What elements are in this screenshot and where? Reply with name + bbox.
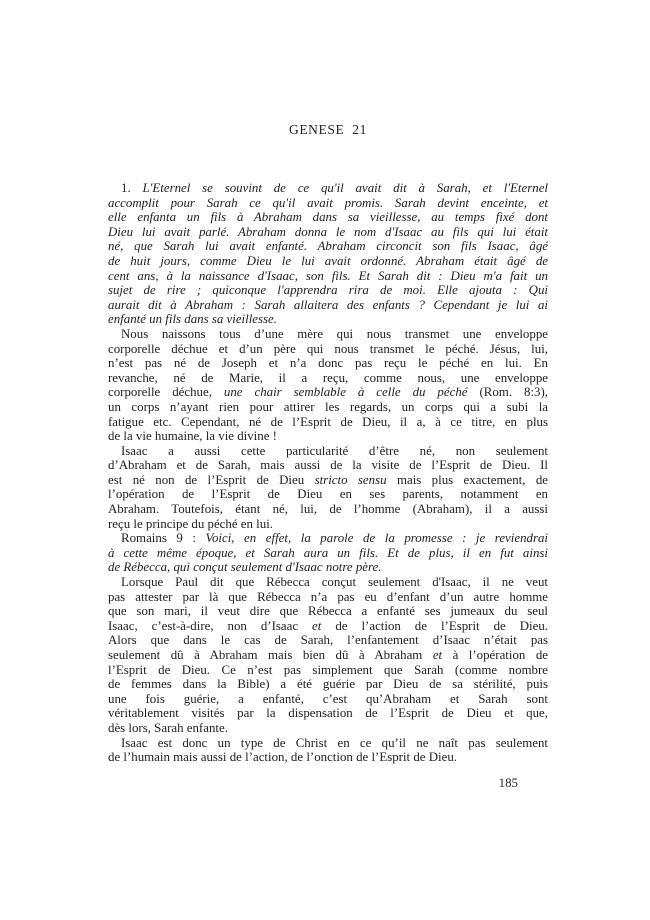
text-run: véritablement visités par la dispensatio… (108, 706, 548, 720)
italic-text-run: et (312, 619, 321, 633)
text-line: fatigue etc. Cependant, né de l’Esprit d… (108, 415, 548, 430)
italic-text-run: Voici, en effet, la parole de la promess… (206, 531, 548, 545)
italic-text-run: né, que Sarah lui avait enfanté. Abraham… (108, 239, 548, 253)
text-line: d’Abraham et de Sarah, mais aussi de la … (108, 458, 548, 473)
italic-text-run: enfanté un fils dans sa vieillesse. (108, 312, 277, 326)
text-run: corporelle déchue et d’un père qui nous … (108, 342, 548, 356)
text-line: de l’humain mais aussi de l’action, de l… (108, 750, 548, 765)
text-body: 1. L'Eternel se souvint de ce qu'il avai… (108, 181, 548, 765)
text-line: Alors que dans le cas de Sarah, l’enfant… (108, 633, 548, 648)
italic-text-run: et (433, 648, 442, 662)
text-run: corporelle déchue, (108, 385, 224, 399)
text-line: dès lors, Sarah enfante. (108, 721, 548, 736)
text-run: à l’opération de (442, 648, 548, 662)
text-run: que son mari, il veut dire que Rébecca a… (108, 604, 548, 618)
text-line: seulement dû à Abraham mais bien dû à Ab… (108, 648, 548, 663)
text-line: Isaac, c’est-à-dire, non d’Isaac et de l… (108, 619, 548, 634)
text-run: Romains 9 : (121, 531, 206, 545)
text-run: Nous naissons tous d’une mère qui nous t… (121, 327, 548, 341)
italic-text-run: elle enfanta un fils à Abraham dans sa v… (108, 210, 548, 224)
italic-text-run: L'Eternel se souvint de ce qu'il avait d… (142, 181, 548, 195)
text-run: pas attester par là que Rébecca n’a pas … (108, 590, 548, 604)
text-run: reçu le principe du péché en lui. (108, 517, 273, 531)
text-run: revanche, né de Marie, il a reçu, comme … (108, 371, 548, 385)
italic-text-run: cent ans, à la naissance d'Isaac, son fi… (108, 269, 548, 283)
commentary-paragraph: Isaac a aussi cette particularité d’être… (108, 444, 548, 532)
commentary-paragraph: Isaac est donc un type de Christ en ce q… (108, 736, 548, 765)
text-line: Romains 9 : Voici, en effet, la parole d… (108, 531, 548, 546)
text-line: n’est pas né de Joseph et n’a donc pas r… (108, 356, 548, 371)
text-line: corporelle déchue, une chair semblable à… (108, 385, 548, 400)
text-run: une fois guérie, a enfanté, c’est qu’Abr… (108, 692, 548, 706)
text-run: de l’humain mais aussi de l’action, de l… (108, 750, 457, 764)
text-run: Isaac, c’est-à-dire, non d’Isaac (108, 619, 312, 633)
italic-text-run: à cette même époque, et Sarah aura un fi… (108, 546, 548, 560)
text-line: né, que Sarah lui avait enfanté. Abraham… (108, 239, 548, 254)
text-line: l’opération de l’Esprit de Dieu en ses p… (108, 487, 548, 502)
text-run: l’Esprit de Dieu. Ce n’est pas simplemen… (108, 663, 548, 677)
text-line: de femmes dans la Bible) a été guérie pa… (108, 677, 548, 692)
text-line: de huit jours, comme Dieu le lui avait o… (108, 254, 548, 269)
text-run: un corps n’ayant rien pour attirer les r… (108, 400, 548, 414)
italic-text-run: de huit jours, comme Dieu le lui avait o… (108, 254, 548, 268)
text-line: est né non de l’Esprit de Dieu stricto s… (108, 473, 548, 488)
text-line: reçu le principe du péché en lui. (108, 517, 548, 532)
text-line: un corps n’ayant rien pour attirer les r… (108, 400, 548, 415)
romans-quote-paragraph: Romains 9 : Voici, en effet, la parole d… (108, 531, 548, 575)
italic-text-run: une chair semblable à celle du péché (224, 385, 468, 399)
text-run: seulement dû à Abraham mais bien dû à Ab… (108, 648, 433, 662)
text-line: cent ans, à la naissance d'Isaac, son fi… (108, 269, 548, 284)
text-line: une fois guérie, a enfanté, c’est qu’Abr… (108, 692, 548, 707)
text-line: Dieu lui avait parlé. Abraham donna le n… (108, 225, 548, 240)
text-line: aurait dit à Abraham : Sarah allaitera d… (108, 298, 548, 313)
text-run: d’Abraham et de Sarah, mais aussi de la … (108, 458, 548, 472)
text-line: véritablement visités par la dispensatio… (108, 706, 548, 721)
bible-quote-paragraph: 1. L'Eternel se souvint de ce qu'il avai… (108, 181, 548, 327)
text-run: Isaac est donc un type de Christ en ce q… (121, 736, 548, 750)
text-line: Lorsque Paul dit que Rébecca conçut seul… (108, 575, 548, 590)
text-line: Isaac est donc un type de Christ en ce q… (108, 736, 548, 751)
text-run: de femmes dans la Bible) a été guérie pa… (108, 677, 548, 691)
text-line: elle enfanta un fils à Abraham dans sa v… (108, 210, 548, 225)
commentary-paragraph: Nous naissons tous d’une mère qui nous t… (108, 327, 548, 444)
document-page: GENESE 21 1. L'Eternel se souvint de ce … (0, 0, 650, 920)
italic-text-run: sujet de rire ; quiconque l'apprendra ri… (108, 283, 548, 297)
text-run: (Rom. 8:3), (468, 385, 549, 399)
text-run: Lorsque Paul dit que Rébecca conçut seul… (121, 575, 548, 589)
italic-text-run: accomplit pour Sarah ce qu'il avait prom… (108, 196, 548, 210)
italic-text-run: de Rébecca, qui conçut seulement d'Isaac… (108, 560, 381, 574)
text-run: 1. (121, 181, 142, 195)
italic-text-run: Dieu lui avait parlé. Abraham donna le n… (108, 225, 548, 239)
text-line: pas attester par là que Rébecca n’a pas … (108, 590, 548, 605)
commentary-paragraph: Lorsque Paul dit que Rébecca conçut seul… (108, 575, 548, 736)
text-line: enfanté un fils dans sa vieillesse. (108, 312, 548, 327)
text-run: est né non de l’Esprit de Dieu (108, 473, 315, 487)
text-line: revanche, né de Marie, il a reçu, comme … (108, 371, 548, 386)
italic-text-run: aurait dit à Abraham : Sarah allaitera d… (108, 298, 548, 312)
text-line: de Rébecca, qui conçut seulement d'Isaac… (108, 560, 548, 575)
italic-text-run: stricto sensu (315, 473, 387, 487)
text-run: l’opération de l’Esprit de Dieu en ses p… (108, 487, 548, 501)
text-run: Isaac a aussi cette particularité d’être… (121, 444, 548, 458)
text-line: Isaac a aussi cette particularité d’être… (108, 444, 548, 459)
text-run: Alors que dans le cas de Sarah, l’enfant… (108, 633, 548, 647)
text-line: que son mari, il veut dire que Rébecca a… (108, 604, 548, 619)
text-run: Abraham. Toutefois, étant né, lui, de l’… (108, 502, 548, 516)
text-line: l’Esprit de Dieu. Ce n’est pas simplemen… (108, 663, 548, 678)
text-line: à cette même époque, et Sarah aura un fi… (108, 546, 548, 561)
text-run: dès lors, Sarah enfante. (108, 721, 228, 735)
text-run: de l’action de l’Esprit de Dieu. (321, 619, 548, 633)
text-line: Nous naissons tous d’une mère qui nous t… (108, 327, 548, 342)
text-line: corporelle déchue et d’un père qui nous … (108, 342, 548, 357)
text-line: accomplit pour Sarah ce qu'il avait prom… (108, 196, 548, 211)
text-line: Abraham. Toutefois, étant né, lui, de l’… (108, 502, 548, 517)
page-title: GENESE 21 (108, 122, 548, 138)
text-run: mais plus exactement, de (387, 473, 548, 487)
text-run: fatigue etc. Cependant, né de l’Esprit d… (108, 415, 548, 429)
text-line: sujet de rire ; quiconque l'apprendra ri… (108, 283, 548, 298)
text-run: n’est pas né de Joseph et n’a donc pas r… (108, 356, 548, 370)
text-line: de la vie humaine, la vie divine ! (108, 429, 548, 444)
text-run: de la vie humaine, la vie divine ! (108, 429, 277, 443)
page-number: 185 (108, 776, 518, 791)
text-line: 1. L'Eternel se souvint de ce qu'il avai… (108, 181, 548, 196)
